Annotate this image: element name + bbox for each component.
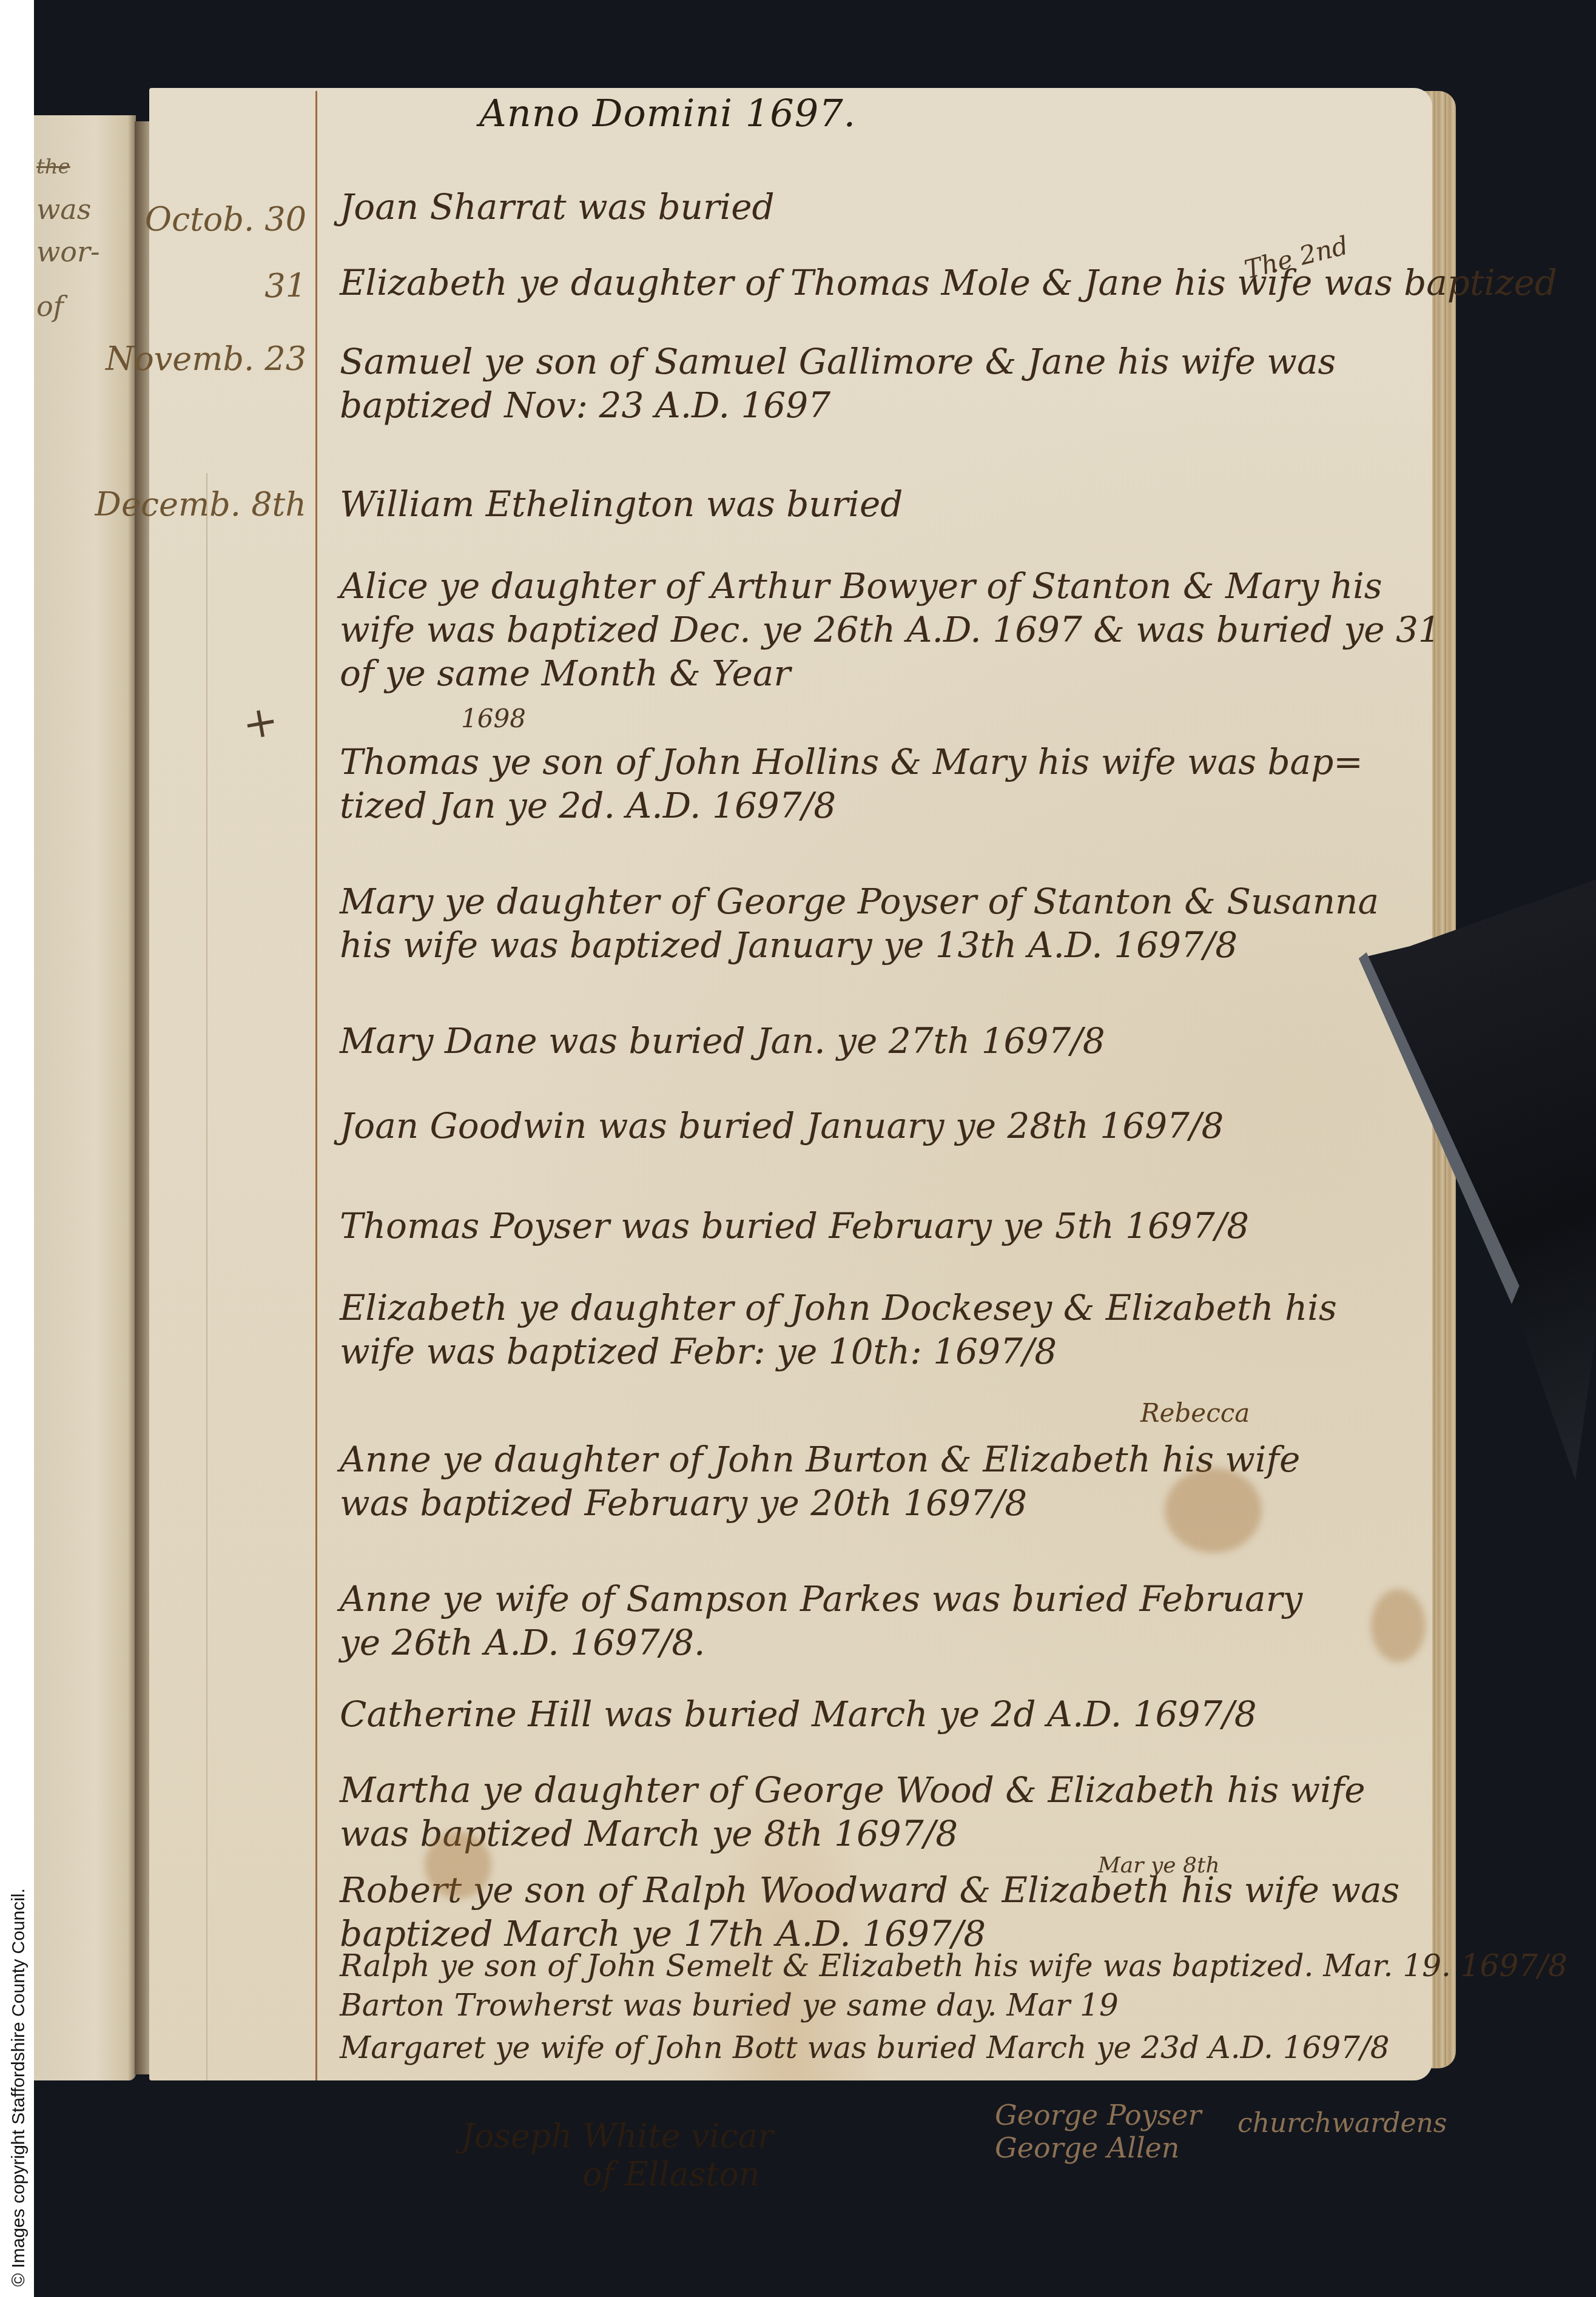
page-heading: Anno Domini 1697.: [479, 91, 856, 135]
entry-line: Margaret ye wife of John Bott was buried…: [340, 2029, 1432, 2067]
annotation-mar-8th: Mar ye 8th: [1098, 1853, 1220, 1878]
entry-line: Barton Trowherst was buried ye same day.…: [340, 1986, 1432, 2024]
entry-line: Mary ye daughter of George Poyser of Sta…: [340, 879, 1432, 923]
entry-line: Ralph ye son of John Semelt & Elizabeth …: [340, 1947, 1432, 1985]
copyright-strip: © Images copyright Staffordshire County …: [0, 0, 34, 2297]
annotation-rebecca: Rebecca: [1140, 1398, 1250, 1428]
churchwarden-signatures: George Poyser George Allen: [995, 2099, 1202, 2164]
churchwarden-2: George Allen: [995, 2131, 1202, 2164]
date-label: Decemb. 8th: [95, 485, 306, 523]
register-entry: Anne ye daughter of John Burton & Elizab…: [340, 1438, 1432, 1525]
register-entry: Martha ye daughter of George Wood & Eliz…: [340, 1768, 1432, 1855]
entry-line: Joan Sharrat was buried: [340, 185, 1432, 229]
entry-line: ye 26th A.D. 1697/8.: [340, 1621, 1432, 1664]
annotation-1698: 1698: [461, 704, 526, 733]
register-entry: Anne ye wife of Sampson Parkes was burie…: [340, 1577, 1432, 1664]
churchwarden-1: George Poyser: [995, 2099, 1202, 2131]
entry-line: was baptized February ye 20th 1697/8: [340, 1481, 1432, 1525]
register-entry: William Ethelington was buried: [340, 482, 1432, 526]
entry-line: Samuel ye son of Samuel Gallimore & Jane…: [340, 340, 1432, 383]
entry-line: Alice ye daughter of Arthur Bowyer of St…: [340, 564, 1432, 608]
vicar-name: Joseph White vicar: [461, 2117, 773, 2155]
entry-line: Martha ye daughter of George Wood & Eliz…: [340, 1768, 1432, 1812]
entry-line: baptized Nov: 23 A.D. 1697: [340, 383, 1432, 427]
register-entry: Margaret ye wife of John Bott was buried…: [340, 2029, 1432, 2067]
register-entry: Thomas ye son of John Hollins & Mary his…: [340, 740, 1432, 827]
register-entry: Barton Trowherst was buried ye same day.…: [340, 1986, 1432, 2024]
ink-stain: [1371, 1589, 1426, 1662]
entry-line: Robert ye son of Ralph Woodward & Elizab…: [340, 1868, 1432, 1912]
entry-line: Thomas Poyser was buried February ye 5th…: [340, 1204, 1432, 1248]
date-label: Octob. 30: [145, 200, 306, 238]
entry-line: Elizabeth ye daughter of John Dockesey &…: [340, 1286, 1432, 1330]
entry-line: wife was baptized Febr: ye 10th: 1697/8: [340, 1330, 1432, 1373]
entry-line: his wife was baptized January ye 13th A.…: [340, 923, 1432, 967]
vicar-signature: Joseph White vicar of Ellaston: [461, 2117, 773, 2193]
register-entry: Ralph ye son of John Semelt & Elizabeth …: [340, 1947, 1432, 1985]
register-entry: Robert ye son of Ralph Woodward & Elizab…: [340, 1868, 1432, 1956]
entry-line: was baptized March ye 8th 1697/8: [340, 1812, 1432, 1855]
entry-line: Anne ye wife of Sampson Parkes was burie…: [340, 1577, 1432, 1621]
entry-line: Mary Dane was buried Jan. ye 27th 1697/8: [340, 1019, 1432, 1063]
date-label: 31: [264, 267, 306, 305]
left-fragment-line: was: [36, 188, 127, 230]
entry-line: tized Jan ye 2d. A.D. 1697/8: [340, 784, 1432, 827]
left-page-edge: [34, 115, 136, 2080]
entry-line: Anne ye daughter of John Burton & Elizab…: [340, 1438, 1432, 1481]
register-entry: Thomas Poyser was buried February ye 5th…: [340, 1204, 1432, 1248]
entry-line: of ye same Month & Year: [340, 651, 1432, 695]
date-label: Novemb. 23: [106, 340, 306, 378]
register-entry: Catherine Hill was buried March ye 2d A.…: [340, 1692, 1432, 1736]
left-page-fragment-text: the was wor- of: [36, 146, 127, 328]
entry-line: wife was baptized Dec. ye 26th A.D. 1697…: [340, 608, 1432, 651]
register-entry: Samuel ye son of Samuel Gallimore & Jane…: [340, 340, 1432, 427]
margin-rule-date-column: [315, 91, 317, 2080]
churchwardens-label: churchwardens: [1237, 2108, 1447, 2139]
ink-stain: [425, 1832, 491, 1898]
left-fragment-line: the: [36, 146, 127, 188]
left-fragment-line: wor-: [36, 230, 127, 273]
left-fragment-line: of: [36, 285, 127, 328]
register-entry: Joan Sharrat was buried: [340, 185, 1432, 229]
entry-line: Catherine Hill was buried March ye 2d A.…: [340, 1692, 1432, 1736]
register-entry: Mary Dane was buried Jan. ye 27th 1697/8: [340, 1019, 1432, 1063]
vicar-parish: of Ellaston: [582, 2155, 773, 2193]
register-entry: Joan Goodwin was buried January ye 28th …: [340, 1104, 1432, 1148]
entry-line: William Ethelington was buried: [340, 482, 1432, 526]
register-entry: Mary ye daughter of George Poyser of Sta…: [340, 879, 1432, 967]
register-entry: Alice ye daughter of Arthur Bowyer of St…: [340, 564, 1432, 695]
entry-line: Joan Goodwin was buried January ye 28th …: [340, 1104, 1432, 1148]
margin-rule-left: [206, 473, 207, 2080]
entry-line: Thomas ye son of John Hollins & Mary his…: [340, 740, 1432, 784]
copyright-notice: © Images copyright Staffordshire County …: [8, 1498, 13, 2287]
ink-stain: [1165, 1468, 1262, 1553]
register-entry: Elizabeth ye daughter of John Dockesey &…: [340, 1286, 1432, 1373]
